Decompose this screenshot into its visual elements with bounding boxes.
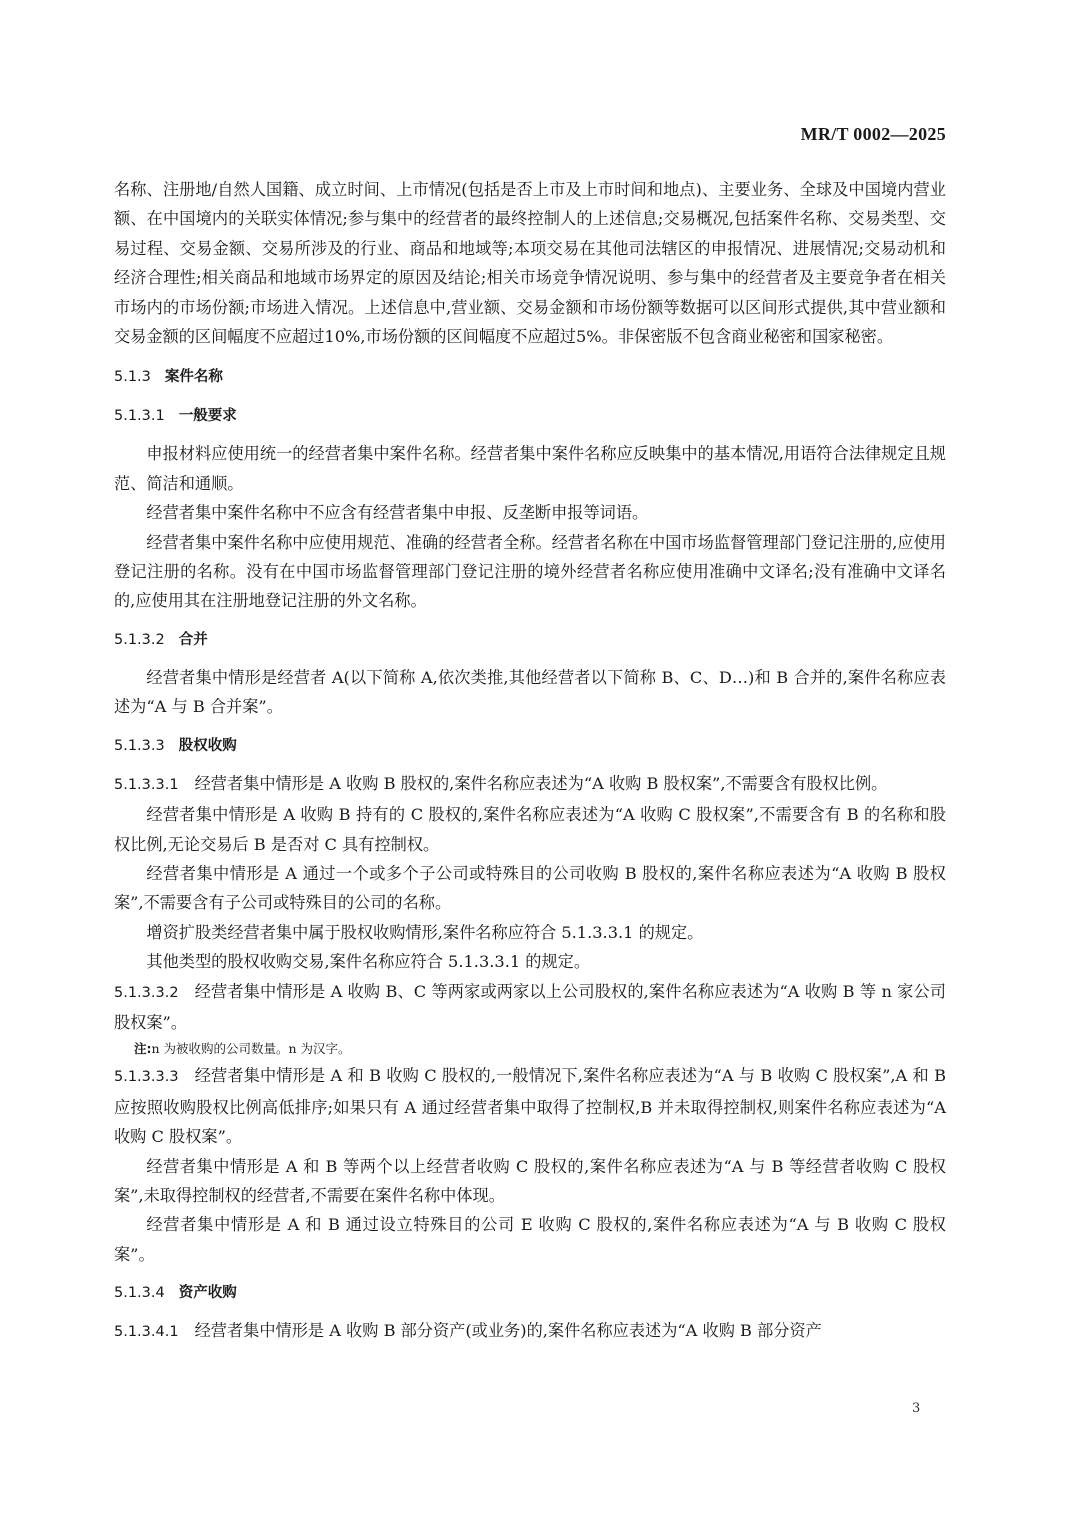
- section-number: 5.1.3.4: [114, 1279, 165, 1308]
- clause-text: 经营者集中情形是 A 收购 B、C 等两家或两家以上公司股权的,案件名称应表述为…: [114, 982, 946, 1032]
- note-label: 注:: [134, 1041, 152, 1056]
- clause-5-1-3-4-1: 5.1.3.4.1经营者集中情形是 A 收购 B 部分资产(或业务)的,案件名称…: [114, 1316, 946, 1347]
- paragraph: 经营者集中情形是 A 收购 B 持有的 C 股权的,案件名称应表述为“A 收购 …: [114, 800, 946, 859]
- paragraph: 其他类型的股权收购交易,案件名称应符合 5.1.3.3.1 的规定。: [114, 947, 946, 976]
- paragraph: 经营者集中案件名称中应使用规范、准确的经营者全称。经营者名称在中国市场监督管理部…: [114, 528, 946, 616]
- section-title: 资产收购: [179, 1285, 237, 1301]
- section-heading-5-1-3-1: 5.1.3.1一般要求: [114, 402, 946, 431]
- note: 注:n 为被收购的公司数量。n 为汉字。: [114, 1037, 946, 1061]
- section-heading-5-1-3: 5.1.3案件名称: [114, 363, 946, 392]
- section-number: 5.1.3.1: [114, 402, 165, 431]
- section-title: 案件名称: [165, 369, 223, 385]
- note-text: n 为被收购的公司数量。n 为汉字。: [152, 1041, 351, 1056]
- section-title: 一般要求: [179, 408, 237, 424]
- section-number: 5.1.3: [114, 363, 151, 392]
- intro-paragraph: 名称、注册地/自然人国籍、成立时间、上市情况(包括是否上市及上市时间和地点)、主…: [114, 175, 946, 351]
- clause-number: 5.1.3.4.1: [114, 1324, 179, 1340]
- section-heading-5-1-3-2: 5.1.3.2合并: [114, 626, 946, 655]
- section-number: 5.1.3.2: [114, 626, 165, 655]
- paragraph: 经营者集中案件名称中不应含有经营者集中申报、反垄断申报等词语。: [114, 498, 946, 527]
- clause-text: 经营者集中情形是 A 和 B 收购 C 股权的,一般情况下,案件名称应表述为“A…: [114, 1066, 946, 1146]
- document-body: 名称、注册地/自然人国籍、成立时间、上市情况(包括是否上市及上市时间和地点)、主…: [114, 175, 946, 1348]
- section-title: 合并: [179, 632, 208, 648]
- clause-number: 5.1.3.3.2: [114, 985, 179, 1001]
- clause-5-1-3-3-2: 5.1.3.3.2经营者集中情形是 A 收购 B、C 等两家或两家以上公司股权的…: [114, 977, 946, 1038]
- page-number: 3: [912, 1401, 920, 1416]
- paragraph: 经营者集中情形是 A 和 B 等两个以上经营者收购 C 股权的,案件名称应表述为…: [114, 1152, 946, 1211]
- clause-text: 经营者集中情形是 A 收购 B 股权的,案件名称应表述为“A 收购 B 股权案”…: [195, 774, 888, 793]
- clause-number: 5.1.3.3.1: [114, 777, 179, 793]
- paragraph: 经营者集中情形是 A 通过一个或多个子公司或特殊目的公司收购 B 股权的,案件名…: [114, 859, 946, 918]
- section-title: 股权收购: [179, 738, 237, 754]
- paragraph: 申报材料应使用统一的经营者集中案件名称。经营者集中案件名称应反映集中的基本情况,…: [114, 439, 946, 498]
- paragraph: 增资扩股类经营者集中属于股权收购情形,案件名称应符合 5.1.3.3.1 的规定…: [114, 918, 946, 947]
- section-heading-5-1-3-4: 5.1.3.4资产收购: [114, 1279, 946, 1308]
- clause-5-1-3-3-1: 5.1.3.3.1经营者集中情形是 A 收购 B 股权的,案件名称应表述为“A …: [114, 769, 946, 800]
- clause-5-1-3-3-3: 5.1.3.3.3经营者集中情形是 A 和 B 收购 C 股权的,一般情况下,案…: [114, 1061, 946, 1151]
- section-heading-5-1-3-3: 5.1.3.3股权收购: [114, 732, 946, 761]
- section-number: 5.1.3.3: [114, 732, 165, 761]
- clause-number: 5.1.3.3.3: [114, 1069, 179, 1085]
- document-code: MR/T 0002—2025: [801, 124, 946, 145]
- paragraph: 经营者集中情形是经营者 A(以下简称 A,依次类推,其他经营者以下简称 B、C、…: [114, 663, 946, 722]
- paragraph: 经营者集中情形是 A 和 B 通过设立特殊目的公司 E 收购 C 股权的,案件名…: [114, 1210, 946, 1269]
- clause-text: 经营者集中情形是 A 收购 B 部分资产(或业务)的,案件名称应表述为“A 收购…: [195, 1321, 822, 1340]
